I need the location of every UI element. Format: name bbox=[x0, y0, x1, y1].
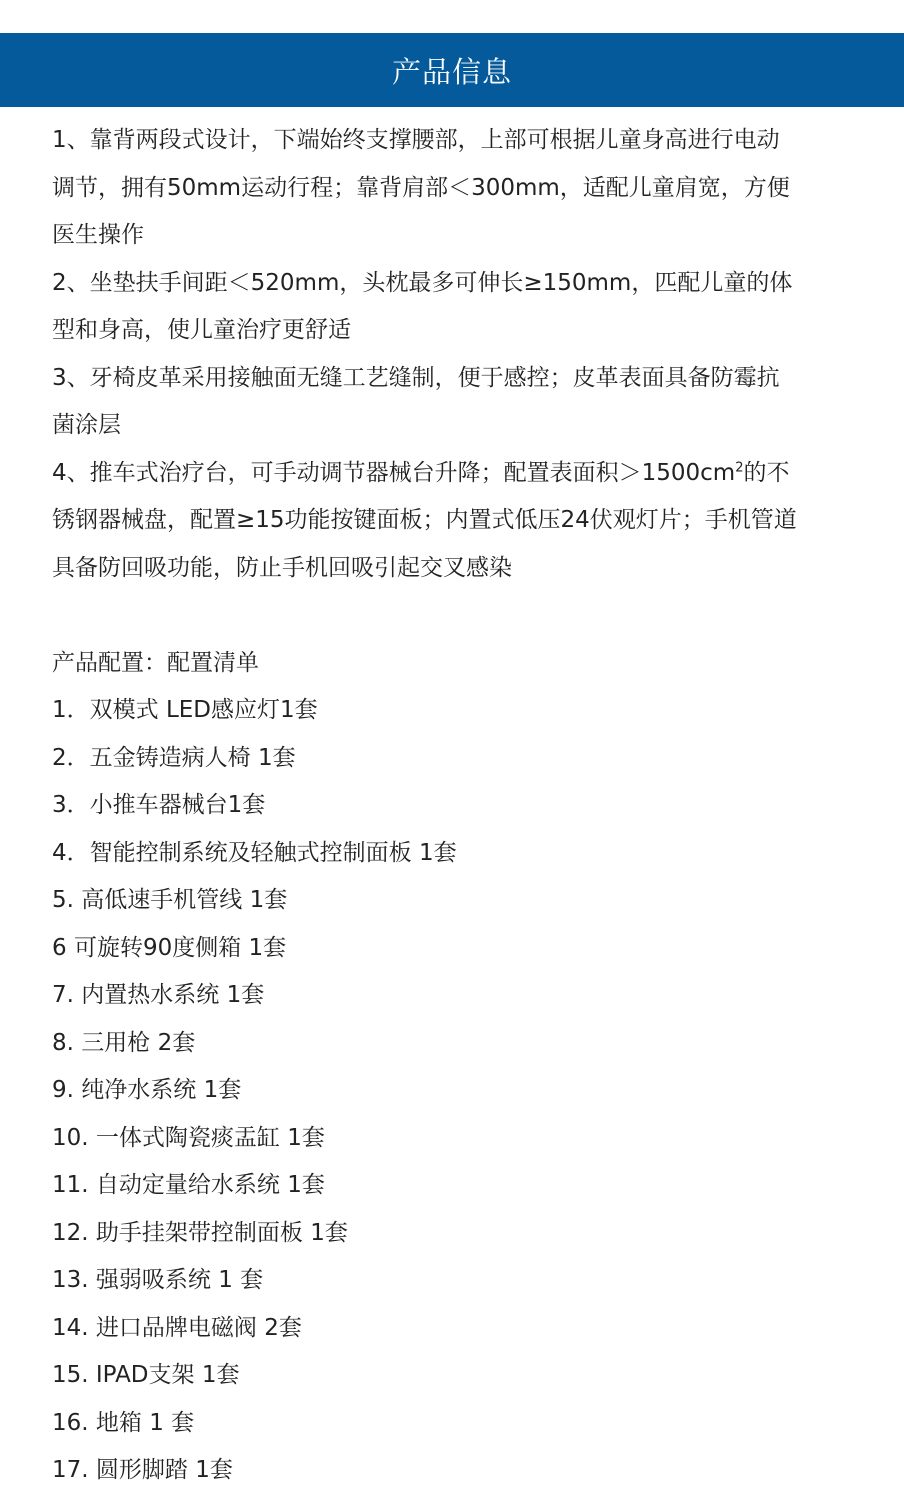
config-item: 8. 三用枪 2套 bbox=[52, 1020, 872, 1068]
config-item: 7. 内置热水系统 1套 bbox=[52, 972, 872, 1020]
config-list: 产品配置：配置清单 1．双模式 LED感应灯1套 2．五金铸造病人椅 1套 3．… bbox=[52, 640, 872, 1495]
config-item: 13. 强弱吸系统 1 套 bbox=[52, 1257, 872, 1305]
feature-4: 4、推车式治疗台，可手动调节器械台升降；配置表面积＞1500cm2的不 锈钢器械… bbox=[52, 450, 872, 593]
feature-line: 菌涂层 bbox=[52, 402, 872, 450]
feature-2: 2、坐垫扶手间距＜520mm，头枕最多可伸长≥150mm，匹配儿童的体 型和身高… bbox=[52, 260, 872, 355]
config-item: 11. 自动定量给水系统 1套 bbox=[52, 1162, 872, 1210]
feature-text: 的不 bbox=[744, 460, 790, 486]
config-item: 4．智能控制系统及轻触式控制面板 1套 bbox=[52, 830, 872, 878]
product-content: 1、靠背两段式设计，下端始终支撑腰部，上部可根据儿童身高进行电动 调节，拥有50… bbox=[52, 117, 872, 1495]
config-item: 12. 助手挂架带控制面板 1套 bbox=[52, 1210, 872, 1258]
feature-line: 型和身高，使儿童治疗更舒适 bbox=[52, 307, 872, 355]
feature-line: 1、靠背两段式设计，下端始终支撑腰部，上部可根据儿童身高进行电动 bbox=[52, 117, 872, 165]
section-title: 产品信息 bbox=[392, 50, 512, 91]
feature-line: 3、牙椅皮革采用接触面无缝工艺缝制，便于感控；皮革表面具备防霉抗 bbox=[52, 355, 872, 403]
header-band: 产品信息 bbox=[0, 33, 904, 107]
config-heading: 产品配置：配置清单 bbox=[52, 640, 872, 688]
feature-line: 4、推车式治疗台，可手动调节器械台升降；配置表面积＞1500cm2的不 bbox=[52, 450, 872, 498]
feature-line: 具备防回吸功能，防止手机回吸引起交叉感染 bbox=[52, 545, 872, 593]
config-item: 3．小推车器械台1套 bbox=[52, 782, 872, 830]
config-item: 9. 纯净水系统 1套 bbox=[52, 1067, 872, 1115]
feature-text: 4、推车式治疗台，可手动调节器械台升降；配置表面积＞1500cm bbox=[52, 460, 735, 486]
feature-3: 3、牙椅皮革采用接触面无缝工艺缝制，便于感控；皮革表面具备防霉抗 菌涂层 bbox=[52, 355, 872, 450]
config-item: 15. IPAD支架 1套 bbox=[52, 1352, 872, 1400]
config-item: 16. 地箱 1 套 bbox=[52, 1400, 872, 1448]
spacer bbox=[52, 592, 872, 640]
config-item: 10. 一体式陶瓷痰盂缸 1套 bbox=[52, 1115, 872, 1163]
feature-line: 医生操作 bbox=[52, 212, 872, 260]
superscript: 2 bbox=[735, 460, 743, 475]
config-item: 2．五金铸造病人椅 1套 bbox=[52, 735, 872, 783]
config-item: 5. 高低速手机管线 1套 bbox=[52, 877, 872, 925]
config-item: 1．双模式 LED感应灯1套 bbox=[52, 687, 872, 735]
config-item: 14. 进口品牌电磁阀 2套 bbox=[52, 1305, 872, 1353]
feature-line: 2、坐垫扶手间距＜520mm，头枕最多可伸长≥150mm，匹配儿童的体 bbox=[52, 260, 872, 308]
feature-1: 1、靠背两段式设计，下端始终支撑腰部，上部可根据儿童身高进行电动 调节，拥有50… bbox=[52, 117, 872, 260]
config-item: 6 可旋转90度侧箱 1套 bbox=[52, 925, 872, 973]
config-item: 17. 圆形脚踏 1套 bbox=[52, 1447, 872, 1495]
feature-line: 调节，拥有50mm运动行程；靠背肩部＜300mm，适配儿童肩宽，方便 bbox=[52, 165, 872, 213]
feature-line: 锈钢器械盘，配置≥15功能按键面板；内置式低压24伏观灯片；手机管道 bbox=[52, 497, 872, 545]
